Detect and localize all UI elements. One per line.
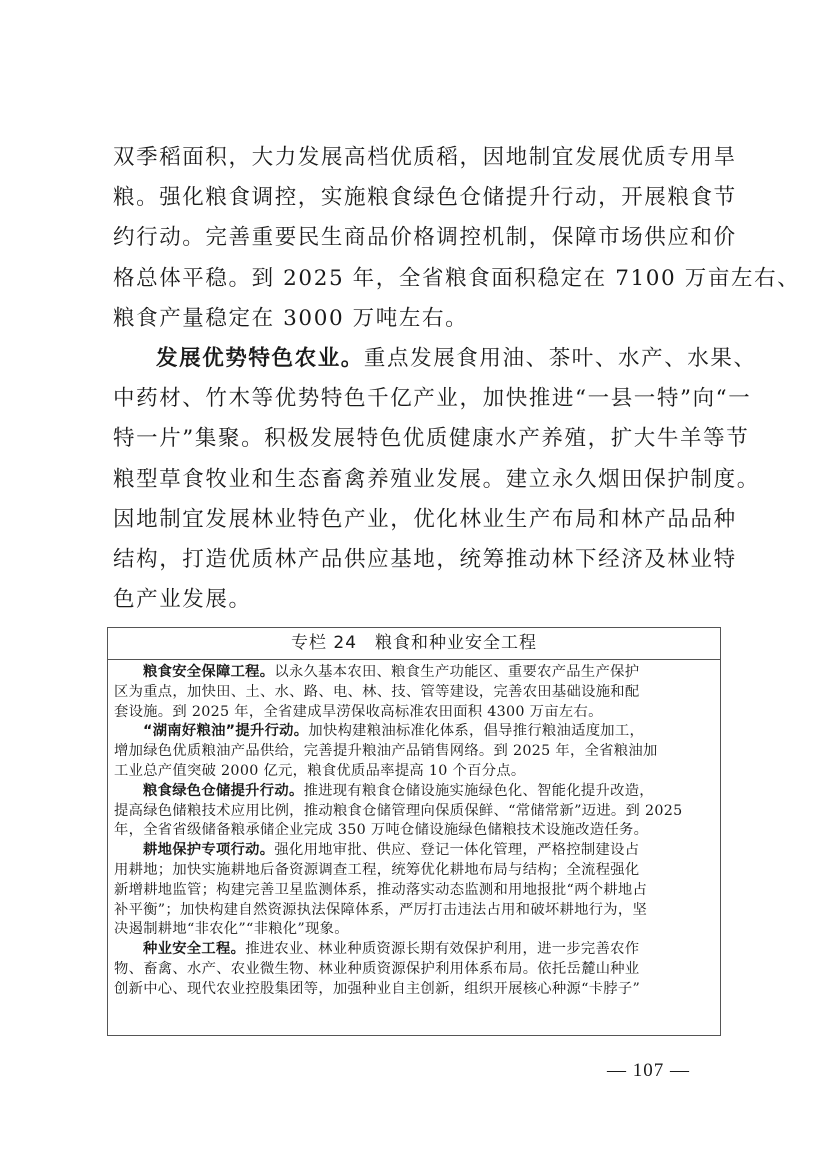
body-text: 双季稻面积，大力发展高档优质稻，因地制宜发展优质专用旱 粮。强化粮食调控，实施粮… (113, 138, 723, 620)
box-item-heading-line: 耕地保护专项行动。强化用地审批、供应、登记一体化管理，严格控制建设占 (114, 841, 714, 861)
box-line: 物、畜禽、水产、农业微生物、林业种质资源保护利用体系布局。依托岳麓山种业 (114, 960, 714, 980)
box-item-heading: 种业安全工程。 (143, 941, 245, 957)
box-line: 补平衡”；加快构建自然资源执法保障体系，严厉打击违法占用和破坏耕地行为，坚 (114, 901, 714, 921)
paragraph-line: 色产业发展。 (113, 580, 723, 620)
box-line: 增加绿色优质粮油产品供给，完善提升粮油产品销售网络。到 2025 年，全省粮油加 (114, 742, 714, 762)
box-line: 区为重点，加快田、土、水、路、电、林、技、管等建设，完善农田基础设施和配 (114, 683, 714, 703)
paragraph-line: 粮食产量稳定在 3000 万吨左右。 (113, 299, 723, 339)
paragraph-line: 格总体平稳。到 2025 年，全省粮食面积稳定在 7100 万亩左右、 (113, 259, 723, 299)
box-line: 新增耕地监管；构建完善卫星监测体系，推动落实动态监测和用地报批“两个耕地占 (114, 881, 714, 901)
column-box: 专栏 24 粮食和种业安全工程 粮食安全保障工程。以永久基本农田、粮食生产功能区… (107, 627, 721, 1036)
box-item-heading: 粮食安全保障工程。 (143, 664, 274, 680)
paragraph-heading: 发展优势特色农业。 (156, 346, 364, 371)
box-item-heading: “湖南好粮油”提升行动。 (143, 723, 308, 739)
paragraph-line: 因地制宜发展林业特色产业，优化林业生产布局和林产品品种 (113, 500, 723, 540)
box-item-heading-line: “湖南好粮油”提升行动。加快构建粮油标准化体系，倡导推行粮油适度加工， (114, 722, 714, 742)
box-item-text: 推进现有粮食仓储设施实施绿色化、智能化提升改造， (304, 783, 654, 799)
box-item-heading: 粮食绿色仓储提升行动。 (143, 783, 304, 799)
document-page: 双季稻面积，大力发展高档优质稻，因地制宜发展优质专用旱 粮。强化粮食调控，实施粮… (0, 0, 827, 1169)
box-line: 用耕地；加快实施耕地后备资源调查工程，统筹优化耕地布局与结构；全流程强化 (114, 861, 714, 881)
paragraph-line: 特一片”集聚。积极发展特色优质健康水产养殖，扩大牛羊等节 (113, 419, 723, 459)
box-line: 年，全省省级储备粮承储企业完成 350 万吨仓储设施绿色储粮技术设施改造任务。 (114, 821, 714, 841)
box-line: 决遏制耕地“非农化”“非粮化”现象。 (114, 920, 714, 940)
paragraph-line: 粮型草食牧业和生态畜禽养殖业发展。建立永久烟田保护制度。 (113, 460, 723, 500)
box-item-text: 推进农业、林业种质资源长期有效保护利用，进一步完善农作 (245, 941, 639, 957)
box-line: 工业总产值突破 2000 亿元，粮食优质品率提高 10 个百分点。 (114, 762, 714, 782)
box-item-heading: 耕地保护专项行动。 (143, 842, 274, 858)
box-item-heading-line: 粮食绿色仓储提升行动。推进现有粮食仓储设施实施绿色化、智能化提升改造， (114, 782, 714, 802)
page-number: — 107 — (607, 1060, 690, 1082)
paragraph-line: 约行动。完善重要民生商品价格调控机制，保障市场供应和价 (113, 218, 723, 258)
box-item-text: 加快构建粮油标准化体系，倡导推行粮油适度加工， (308, 723, 644, 739)
box-item-text: 以永久基本农田、粮食生产功能区、重要农产品生产保护 (274, 664, 639, 680)
box-item-heading-line: 种业安全工程。推进农业、林业种质资源长期有效保护利用，进一步完善农作 (114, 940, 714, 960)
paragraph-line: 双季稻面积，大力发展高档优质稻，因地制宜发展优质专用旱 (113, 138, 723, 178)
box-title: 专栏 24 粮食和种业安全工程 (108, 628, 720, 660)
paragraph-heading-line: 发展优势特色农业。重点发展食用油、茶叶、水产、水果、 (113, 339, 723, 379)
box-line: 创新中心、现代农业控股集团等，加强种业自主创新，组织开展核心种源“卡脖子” (114, 980, 714, 1000)
paragraph-line: 结构，打造优质林产品供应基地，统筹推动林下经济及林业特 (113, 540, 723, 580)
box-body: 粮食安全保障工程。以永久基本农田、粮食生产功能区、重要农产品生产保护 区为重点，… (108, 660, 720, 1000)
paragraph-line: 中药材、竹木等优势特色千亿产业，加快推进“一县一特”向“一 (113, 379, 723, 419)
box-line: 套设施。到 2025 年，全省建成旱涝保收高标准农田面积 4300 万亩左右。 (114, 703, 714, 723)
paragraph-text: 重点发展食用油、茶叶、水产、水果、 (364, 346, 757, 371)
box-line: 提高绿色储粮技术应用比例，推动粮食仓储管理向保质保鲜、“常储常新”迈进。到 20… (114, 802, 714, 822)
box-item-text: 强化用地审批、供应、登记一体化管理，严格控制建设占 (274, 842, 639, 858)
box-item-heading-line: 粮食安全保障工程。以永久基本农田、粮食生产功能区、重要农产品生产保护 (114, 663, 714, 683)
paragraph-line: 粮。强化粮食调控，实施粮食绿色仓储提升行动，开展粮食节 (113, 178, 723, 218)
